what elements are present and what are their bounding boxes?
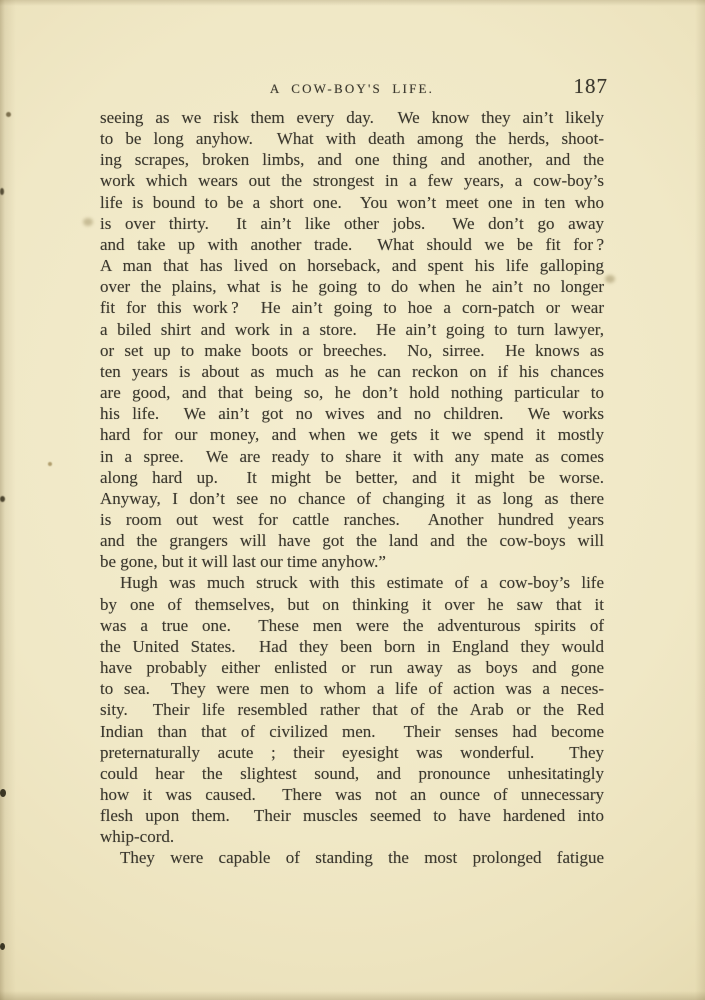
text-line: by one of themselves, but on thinking it… [100, 594, 604, 615]
text-line: Hugh was much struck with this estimate … [100, 572, 604, 593]
text-line: preternaturally acute ; their eyesight w… [100, 742, 604, 763]
text-line: have probably either enlisted or run awa… [100, 657, 604, 678]
text-line: flesh upon them. Their muscles seemed to… [100, 805, 604, 826]
ink-speck [6, 112, 11, 117]
text-line: whip-cord. [100, 826, 604, 847]
ink-speck [0, 789, 6, 797]
page-body: seeing as we risk them every day. We kno… [100, 107, 604, 869]
text-line: could hear the slightest sound, and pron… [100, 763, 604, 784]
ink-speck [48, 462, 52, 466]
page-header: A COW-BOY'S LIFE. 187 [100, 74, 604, 100]
text-line: the United States. Had they been born in… [100, 636, 604, 657]
text-line: ten years is about as much as he can rec… [100, 361, 604, 382]
ink-speck [0, 943, 5, 950]
text-line: and take up with another trade. What sho… [100, 234, 604, 255]
text-line: work which wears out the strongest in a … [100, 170, 604, 191]
ink-speck [605, 275, 615, 283]
text-line: or set up to make boots or breeches. No,… [100, 340, 604, 361]
ink-speck [0, 496, 5, 502]
text-line: over the plains, what is he going to do … [100, 276, 604, 297]
text-line: to be long anyhow. What with death among… [100, 128, 604, 149]
text-line: seeing as we risk them every day. We kno… [100, 107, 604, 128]
text-line: is over thirty. It ain’t like other jobs… [100, 213, 604, 234]
text-line: They were capable of standing the most p… [100, 847, 604, 868]
text-line: Anyway, I don’t see no chance of changin… [100, 488, 604, 509]
text-line: are good, and that being so, he don’t ho… [100, 382, 604, 403]
text-line: Indian than that of civilized men. Their… [100, 721, 604, 742]
text-line: life is bound to be a short one. You won… [100, 192, 604, 213]
running-header-title: A COW-BOY'S LIFE. [270, 81, 434, 97]
text-line: hard for our money, and when we gets it … [100, 424, 604, 445]
text-line: along hard up. It might be better, and i… [100, 467, 604, 488]
text-line: his life. We ain’t got no wives and no c… [100, 403, 604, 424]
book-page: A COW-BOY'S LIFE. 187 seeing as we risk … [0, 0, 705, 1000]
text-line: was a true one. These men were the adven… [100, 615, 604, 636]
ink-speck [83, 218, 93, 226]
text-line: sity. Their life resembled rather that o… [100, 699, 604, 720]
ink-speck [0, 188, 4, 195]
text-line: a biled shirt and work in a store. He ai… [100, 319, 604, 340]
text-line: fit for this work ? He ain’t going to ho… [100, 297, 604, 318]
text-line: be gone, but it will last our time anyho… [100, 551, 604, 572]
text-line: is room out west for cattle ranches. Ano… [100, 509, 604, 530]
text-line: to sea. They were men to whom a life of … [100, 678, 604, 699]
page-number: 187 [574, 74, 609, 99]
text-line: and the grangers will have got the land … [100, 530, 604, 551]
text-line: A man that has lived on horseback, and s… [100, 255, 604, 276]
text-line: how it was caused. There was not an ounc… [100, 784, 604, 805]
text-line: ing scrapes, broken limbs, and one thing… [100, 149, 604, 170]
text-line: in a spree. We are ready to share it wit… [100, 446, 604, 467]
